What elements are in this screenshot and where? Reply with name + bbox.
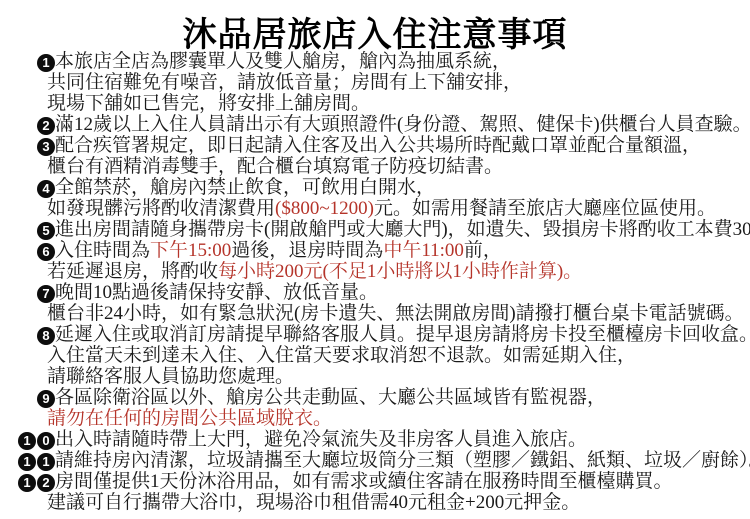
notice-line: 請維持房內清潔，垃圾請攜至大廳垃圾筒分三類（塑膠／鐵鋁、紙類、垃圾／廚餘）。 — [0, 450, 750, 471]
notice-line: 進出房間請隨身攜帶房卡(開啟艙門或大廳大門)，如遺失、毀損房卡將酌收工本費300… — [0, 219, 750, 240]
text-segment: 櫃台有酒精消毒雙手，配合櫃台填寫電子防疫切結書。 — [47, 156, 503, 177]
text-segment: 元。如需用餐請至旅店大廳座位區使用。 — [374, 198, 716, 219]
item-number-badge: 7 — [0, 283, 55, 304]
circled-digit: 7 — [37, 285, 55, 303]
notice-page: 沐品居旅店入住注意事項 1本旅店全店為膠囊單人及雙人艙房，艙內為抽風系統，共同住… — [0, 0, 750, 519]
notice-line: 晚間10點過後請保持安靜、放低音量。 — [0, 282, 750, 303]
text-segment: 請維持房內清潔，垃圾請攜至大廳垃圾筒分三類（塑膠／鐵鋁、紙類、垃圾／廚餘）。 — [55, 450, 750, 471]
text-segment: 櫃台非24小時，如有緊急狀況(房卡遺失、無法開啟房間)請撥打櫃台桌卡電話號碼。 — [47, 303, 744, 324]
circled-digit: 5 — [37, 222, 55, 240]
circled-digit: 1 — [18, 432, 36, 450]
circled-digit: 2 — [37, 117, 55, 135]
item-number-badge: 6 — [0, 241, 55, 262]
notice-line: 入住當天未到達未入住、入住當天要求取消恕不退款。如需延期入住， — [0, 345, 750, 366]
item-number-badge: 11 — [0, 451, 55, 472]
notice-line: 共同住宿難免有噪音，請放低音量；房間有上下舖安排， — [0, 72, 750, 93]
text-segment: 本旅店全店為膠囊單人及雙人艙房，艙內為抽風系統， — [55, 51, 511, 72]
notice-line: 滿12歲以上入住人員請出示有大頭照證件(身份證、駕照、健保卡)供櫃台人員查驗。 — [0, 114, 750, 135]
circled-digit: 0 — [37, 432, 55, 450]
notice-line: 各區除衛浴區以外、艙房公共走動區、大廳公共區域皆有監視器， — [0, 387, 750, 408]
circled-digit: 1 — [37, 453, 55, 471]
text-segment: 入住時間為 — [55, 240, 150, 261]
notice-line: 全館禁菸，艙房內禁止飲食，可飲用白開水， — [0, 177, 750, 198]
notice-line: 入住時間為下午15:00過後，退房時間為中午11:00前， — [0, 240, 750, 261]
text-segment: 現場下舖如已售完，將安排上舖房間。 — [47, 93, 370, 114]
circled-digit: 3 — [37, 138, 55, 156]
item-number-badge: 8 — [0, 325, 55, 346]
notice-item: 10出入時請隨時帶上大門，避免冷氣流失及非房客人員進入旅店。 — [0, 429, 750, 450]
notice-line: 若延遲退房，將酌收每小時200元(不足1小時將以1小時作計算)。 — [0, 261, 750, 282]
text-segment: 延遲入住或取消訂房請提早聯絡客服人員。提早退房請將房卡投至櫃檯房卡回收盒。 — [55, 324, 750, 345]
item-number-badge: 3 — [0, 136, 55, 157]
text-segment: 全館禁菸，艙房內禁止飲食，可飲用白開水， — [55, 177, 435, 198]
highlight-text: 每小時200元(不足1小時將以1小時作計算)。 — [218, 261, 582, 282]
notice-line: 建議可自行攜帶大浴巾，現場浴巾租借需40元租金+200元押金。 — [0, 492, 750, 513]
text-segment: 出入時請隨時帶上大門，避免冷氣流失及非房客人員進入旅店。 — [55, 429, 587, 450]
circled-digit: 2 — [37, 474, 55, 492]
highlight-text: 中午11:00 — [383, 240, 464, 261]
text-segment: 進出房間請隨身攜帶房卡(開啟艙門或大廳大門)，如遺失、毀損房卡將酌收工本費300… — [55, 219, 750, 240]
page-title: 沐品居旅店入住注意事項 — [0, 0, 750, 50]
item-number-badge: 1 — [0, 52, 55, 73]
notice-item: 2滿12歲以上入住人員請出示有大頭照證件(身份證、駕照、健保卡)供櫃台人員查驗。 — [0, 114, 750, 135]
notice-line: 櫃台有酒精消毒雙手，配合櫃台填寫電子防疫切結書。 — [0, 156, 750, 177]
notice-item: 11請維持房內清潔，垃圾請攜至大廳垃圾筒分三類（塑膠／鐵鋁、紙類、垃圾／廚餘）。 — [0, 450, 750, 471]
circled-digit: 1 — [37, 54, 55, 72]
text-segment: 前， — [464, 240, 502, 261]
notice-item: 1本旅店全店為膠囊單人及雙人艙房，艙內為抽風系統，共同住宿難免有噪音，請放低音量… — [0, 51, 750, 114]
text-segment: 如發現髒污將酌收清潔費用 — [47, 198, 275, 219]
notice-item: 6入住時間為下午15:00過後，退房時間為中午11:00前，若延遲退房，將酌收每… — [0, 240, 750, 282]
highlight-text: 下午15:00 — [150, 240, 231, 261]
notice-line: 房間僅提供1天份沐浴用品，如有需求或續住客請在服務時間至櫃檯購買。 — [0, 471, 750, 492]
text-segment: 共同住宿難免有噪音，請放低音量；房間有上下舖安排， — [47, 72, 522, 93]
notice-item: 8延遲入住或取消訂房請提早聯絡客服人員。提早退房請將房卡投至櫃檯房卡回收盒。入住… — [0, 324, 750, 387]
notice-item: 3配合疾管署規定，即日起請入住客及出入公共場所時配戴口罩並配合量額溫，櫃台有酒精… — [0, 135, 750, 177]
item-number-badge: 10 — [0, 430, 55, 451]
circled-digit: 8 — [37, 327, 55, 345]
circled-digit: 1 — [18, 453, 36, 471]
item-number-badge: 12 — [0, 472, 55, 493]
text-segment: 配合疾管署規定，即日起請入住客及出入公共場所時配戴口罩並配合量額溫， — [55, 135, 701, 156]
text-segment: 房間僅提供1天份沐浴用品，如有需求或續住客請在服務時間至櫃檯購買。 — [55, 471, 673, 492]
notice-line: 延遲入住或取消訂房請提早聯絡客服人員。提早退房請將房卡投至櫃檯房卡回收盒。 — [0, 324, 750, 345]
notice-line: 出入時請隨時帶上大門，避免冷氣流失及非房客人員進入旅店。 — [0, 429, 750, 450]
circled-digit: 1 — [18, 474, 36, 492]
text-segment: 建議可自行攜帶大浴巾，現場浴巾租借需40元租金+200元押金。 — [47, 492, 580, 513]
text-segment: 入住當天未到達未入住、入住當天要求取消恕不退款。如需延期入住， — [47, 345, 636, 366]
notice-item: 12房間僅提供1天份沐浴用品，如有需求或續住客請在服務時間至櫃檯購買。建議可自行… — [0, 471, 750, 513]
item-number-badge: 2 — [0, 115, 55, 136]
notice-item: 7晚間10點過後請保持安靜、放低音量。櫃台非24小時，如有緊急狀況(房卡遺失、無… — [0, 282, 750, 324]
notice-item: 4全館禁菸，艙房內禁止飲食，可飲用白開水，如發現髒污將酌收清潔費用($800~1… — [0, 177, 750, 219]
circled-digit: 6 — [37, 243, 55, 261]
text-segment: 各區除衛浴區以外、艙房公共走動區、大廳公共區域皆有監視器， — [55, 387, 606, 408]
notice-list: 1本旅店全店為膠囊單人及雙人艙房，艙內為抽風系統，共同住宿難免有噪音，請放低音量… — [0, 50, 750, 513]
notice-line: 現場下舖如已售完，將安排上舖房間。 — [0, 93, 750, 114]
text-segment: 滿12歲以上入住人員請出示有大頭照證件(身份證、駕照、健保卡)供櫃台人員查驗。 — [55, 114, 750, 135]
notice-line: 櫃台非24小時，如有緊急狀況(房卡遺失、無法開啟房間)請撥打櫃台桌卡電話號碼。 — [0, 303, 750, 324]
item-number-badge: 4 — [0, 178, 55, 199]
text-segment: 晚間10點過後請保持安靜、放低音量。 — [55, 282, 378, 303]
highlight-text: 請勿在任何的房間公共區域脫衣。 — [47, 408, 332, 429]
notice-line: 配合疾管署規定，即日起請入住客及出入公共場所時配戴口罩並配合量額溫， — [0, 135, 750, 156]
notice-item: 9各區除衛浴區以外、艙房公共走動區、大廳公共區域皆有監視器，請勿在任何的房間公共… — [0, 387, 750, 429]
text-segment: 請聯絡客服人員協助您處理。 — [47, 366, 294, 387]
item-number-badge: 5 — [0, 220, 55, 241]
text-segment: 若延遲退房，將酌收 — [47, 261, 218, 282]
notice-item: 5進出房間請隨身攜帶房卡(開啟艙門或大廳大門)，如遺失、毀損房卡將酌收工本費30… — [0, 219, 750, 240]
notice-line: 本旅店全店為膠囊單人及雙人艙房，艙內為抽風系統， — [0, 51, 750, 72]
notice-line: 請勿在任何的房間公共區域脫衣。 — [0, 408, 750, 429]
notice-line: 如發現髒污將酌收清潔費用($800~1200)元。如需用餐請至旅店大廳座位區使用… — [0, 198, 750, 219]
circled-digit: 9 — [37, 390, 55, 408]
highlight-text: ($800~1200) — [275, 198, 374, 219]
notice-line: 請聯絡客服人員協助您處理。 — [0, 366, 750, 387]
text-segment: 過後，退房時間為 — [231, 240, 383, 261]
circled-digit: 4 — [37, 180, 55, 198]
item-number-badge: 9 — [0, 388, 55, 409]
